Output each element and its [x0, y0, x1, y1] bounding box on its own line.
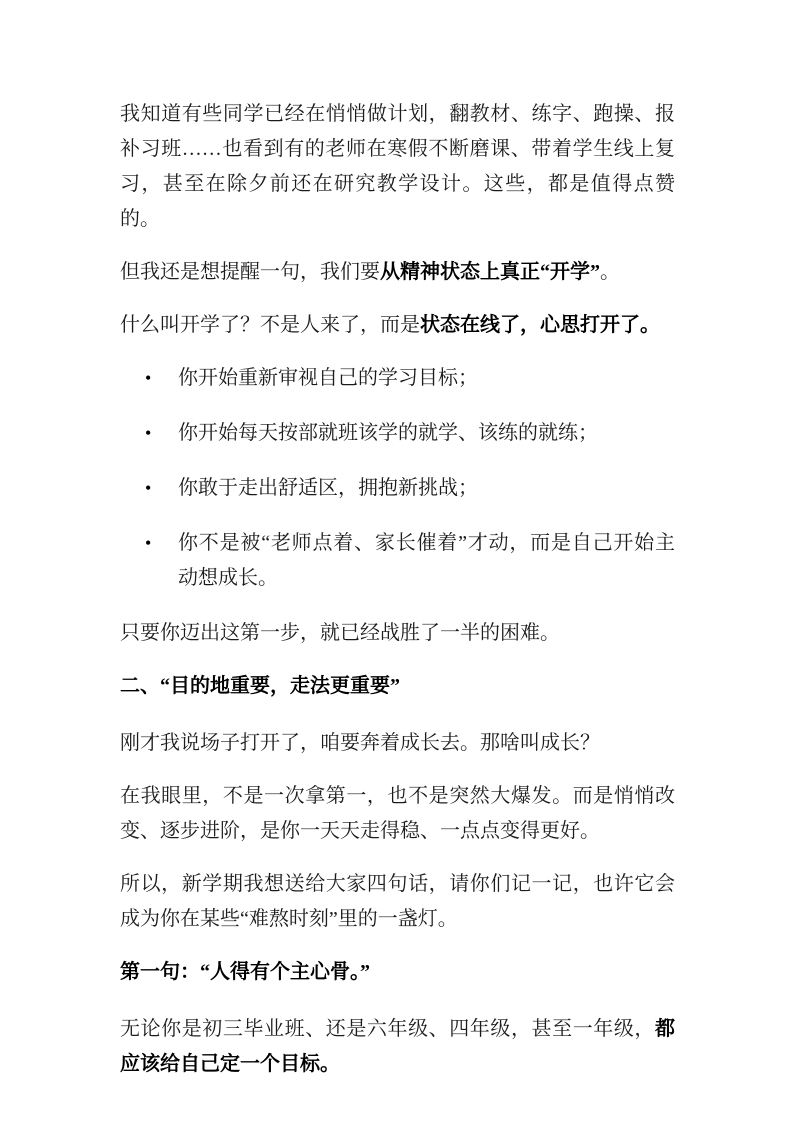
bullet-icon: • [145, 471, 151, 506]
paragraph-students-plans: 我知道有些同学已经在悄悄做计划，翻教材、练字、跑操、报补习班……也看到有的老师在… [120, 97, 675, 237]
bullet-icon: • [145, 526, 151, 561]
paragraph-reminder: 但我还是想提醒一句，我们要从精神状态上真正“开学”。 [120, 255, 675, 290]
set-goal-text: 无论你是初三毕业班、还是六年级、四年级，甚至一年级， [120, 1018, 655, 1040]
section-heading-two: 二、“目的地重要，走法更重要” [120, 669, 675, 704]
what-is-text: 什么叫开学了？不是人来了，而是 [120, 314, 420, 336]
reminder-bold-open-school: 从精神状态上真正“开学” [380, 261, 600, 283]
list-item-text: 你开始重新审视自己的学习目标； [178, 367, 478, 389]
list-item-text: 你开始每天按部就班该学的就学、该练的就练； [178, 422, 598, 444]
heading-first-sentence: 第一句：“人得有个主心骨。” [120, 955, 675, 990]
what-is-bold-state-online: 状态在线了，心思打开了。 [420, 314, 660, 336]
list-item-text: 你敢于走出舒适区，拥抱新挑战； [178, 477, 478, 499]
list-item-daily-routine: • 你开始每天按部就班该学的就学、该练的就练； [120, 416, 675, 451]
bullet-list: • 你开始重新审视自己的学习目标； • 你开始每天按部就班该学的就学、该练的就练… [120, 361, 675, 596]
paragraph-set-goal: 无论你是初三毕业班、还是六年级、四年级，甚至一年级，都应该给自己定一个目标。 [120, 1012, 675, 1082]
reminder-text: 但我还是想提醒一句，我们要 [120, 261, 380, 283]
list-item-comfort-zone: • 你敢于走出舒适区，拥抱新挑战； [120, 471, 675, 506]
bullet-icon: • [145, 416, 151, 451]
list-item-review-goals: • 你开始重新审视自己的学习目标； [120, 361, 675, 396]
paragraph-growth-question: 刚才我说场子打开了，咱要奔着成长去。那啥叫成长？ [120, 726, 675, 761]
list-item-text: 你不是被“老师点着、家长催着”才动，而是自己开始主动想成长。 [178, 532, 675, 589]
paragraph-four-sentences: 所以，新学期我想送给大家四句话，请你们记一记，也许它会成为你在某些“难熬时刻”里… [120, 867, 675, 937]
paragraph-growth-definition: 在我眼里，不是一次拿第一，也不是突然大爆发。而是悄悄改变、逐步进阶，是你一天天走… [120, 779, 675, 849]
paragraph-what-is-school-start: 什么叫开学了？不是人来了，而是状态在线了，心思打开了。 [120, 308, 675, 343]
bullet-icon: • [145, 361, 151, 396]
document-page: 我知道有些同学已经在悄悄做计划，翻教材、练字、跑操、报补习班……也看到有的老师在… [0, 0, 793, 1122]
reminder-period: 。 [600, 261, 620, 283]
list-item-self-motivated: • 你不是被“老师点着、家长催着”才动，而是自己开始主动想成长。 [120, 526, 675, 596]
paragraph-first-step: 只要你迈出这第一步，就已经战胜了一半的困难。 [120, 616, 675, 651]
